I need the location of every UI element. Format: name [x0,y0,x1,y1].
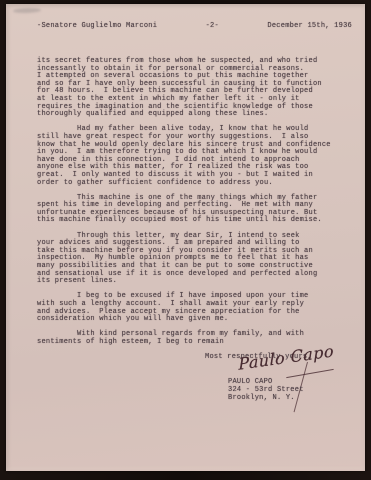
addressee: -Senatore Guglielmo Marconi [37,22,157,30]
letter-paragraph-1: its secret features from those whom he s… [37,58,357,119]
pencil-smudge [13,8,41,14]
typed-name: PAULO CAPO [228,378,304,386]
letter-paragraph-4: Through this letter, my dear Sir, I inte… [37,233,357,286]
typed-street: 324 - 53rd Street [228,386,304,394]
typed-signature-block: PAULO CAPO 324 - 53rd Street Brooklyn, N… [228,378,304,402]
letter-paper: -Senatore Guglielmo Marconi -2- December… [6,4,365,471]
letter-header: -Senatore Guglielmo Marconi -2- December… [37,22,352,30]
letter-paragraph-2: Had my father been alive today, I know t… [37,126,357,187]
letter-body: its secret features from those whom he s… [37,58,357,362]
typed-city: Brooklyn, N. Y. [228,394,304,402]
page-number: -2- [206,22,219,30]
letter-paragraph-3: This machine is one of the many things w… [37,195,357,225]
letter-paragraph-5: I beg to be excused if I have imposed up… [37,293,357,323]
letter-date: December 15th, 1936 [267,22,352,30]
